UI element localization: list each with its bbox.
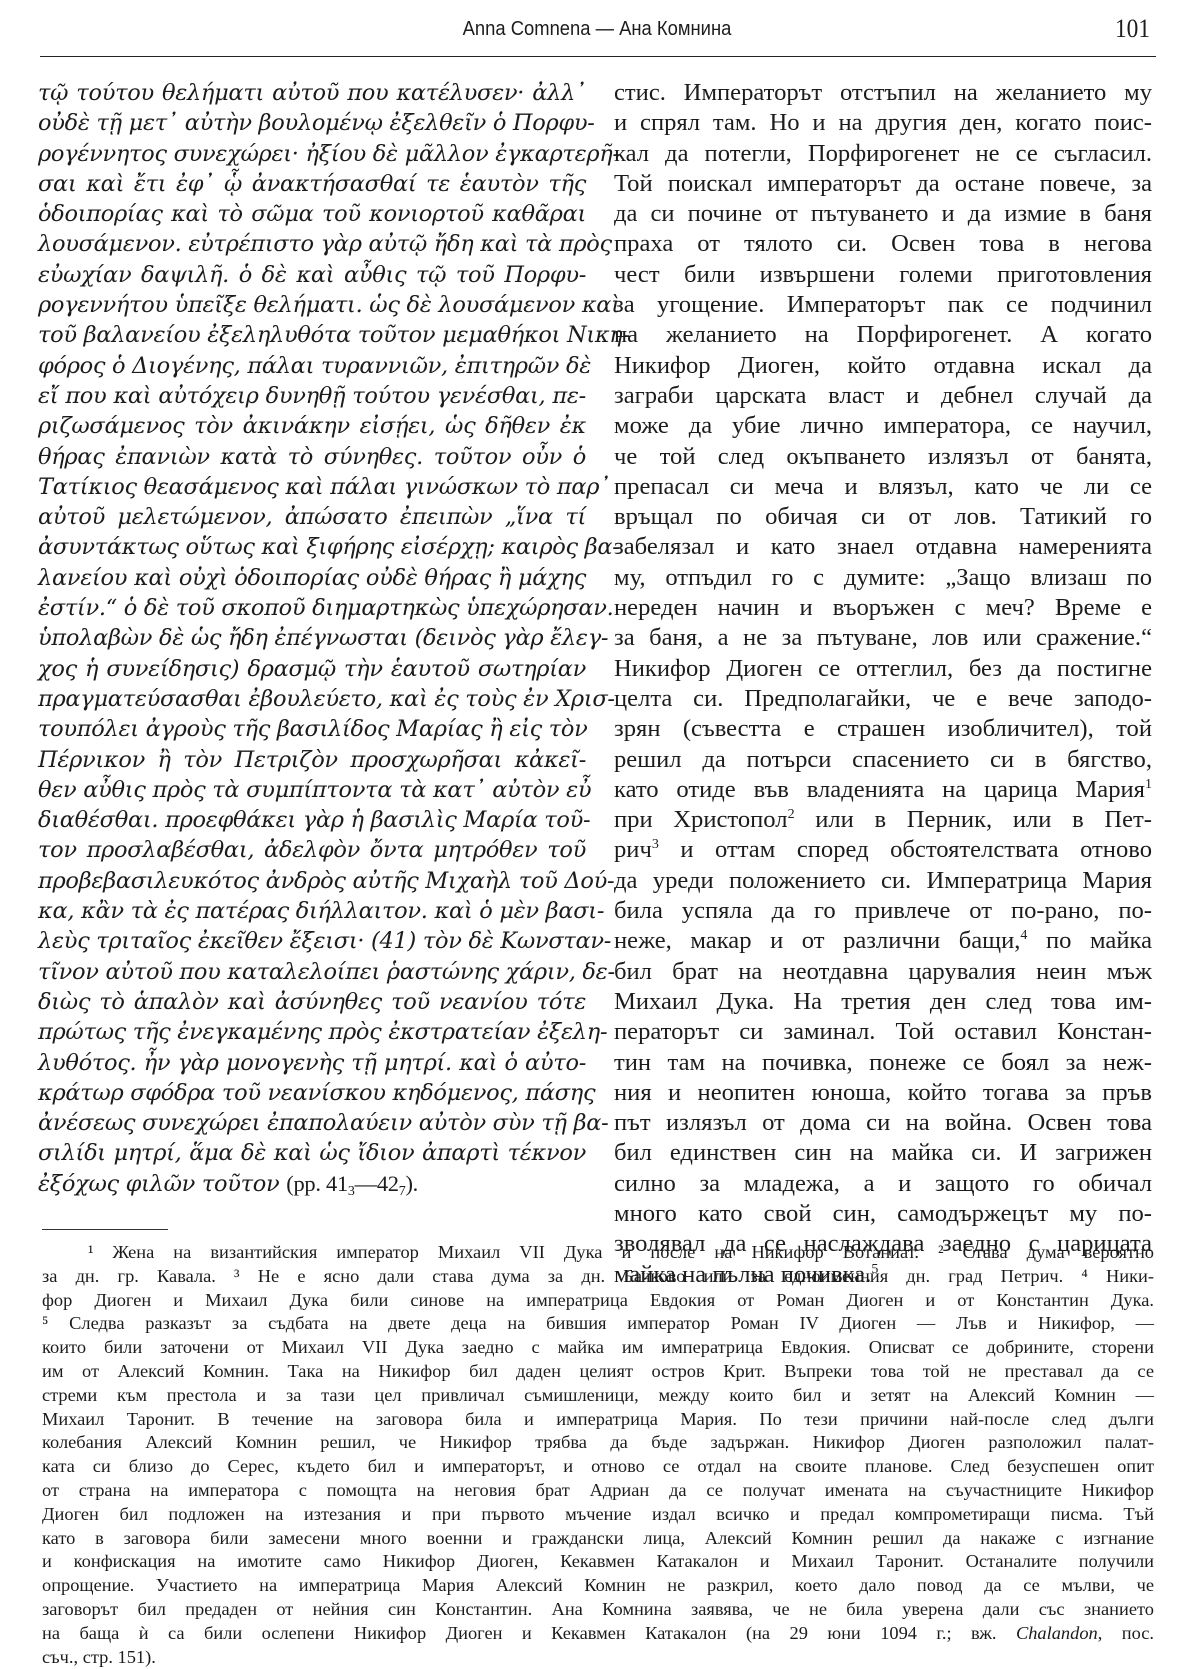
translation-line: Той поискал императорът да остане повече… [614,169,1152,199]
greek-text-line: ἐστίν.“ ὁ δὲ τοῦ σκοποῦ διημαρτηκὼς ὑπεχ… [38,593,586,623]
footnote-text: заговорът бил предаден от нейния син Кон… [42,1599,1154,1619]
footnote-line: стреми към престола и за тази цел привли… [42,1384,1154,1408]
footnote-text: за дн. гр. Кавала. ³ Не е ясно дали став… [42,1266,1154,1286]
translation-line: нереден начин и въоръжен с меч? Време е [614,593,1152,623]
greek-text-line: σιλίδι μητρί, ἅμα δὲ καὶ ὡς ἴδιον ἀπαρτὶ… [38,1138,586,1168]
greek-text-line: λουσάμενον. εὐτρέπιστο γὰρ αὐτῷ ἤδη καὶ … [38,229,586,259]
citation-suffix: ). [405,1171,418,1196]
translation-line: била успяла да го привлече от по-рано, п… [614,896,1152,926]
footnote-line: фор Диоген и Михаил Дука били синове на … [42,1289,1154,1313]
translation-line: ния и неопитен юноша, който тогава за пр… [614,1078,1152,1108]
footnote-line: заговорът бил предаден от нейния син Кон… [42,1598,1154,1622]
translation-line: за угощение. Императорът пак се подчинил [614,290,1152,320]
greek-text-line: ὁδοιπορίας καὶ τὸ σῶμα τοῦ κονιορτοῦ καθ… [38,199,586,229]
footnote-line: за дн. гр. Кавала. ³ Не е ясно дали став… [42,1265,1154,1289]
translation-line: бил брат на неотдавна царувалия неин мъж [614,957,1152,987]
greek-text-fragment: ἐξόχως φιλῶν τοῦτον [38,1171,279,1197]
footnote-line: на баща ѝ са били ослепени Никифор Диоге… [42,1622,1154,1646]
translation-line: зрян (съвестта е страшен изобличител), т… [614,714,1152,744]
footnote-text: ⁵ Следва разказът за съдбата на двете де… [42,1313,1154,1333]
greek-text-line: αὐτοῦ μελετώμενον, ἀπώσατο ἐπειπὼν „ἵνα … [38,502,586,532]
translation-fragment: неже, макар и от различни бащи, [614,927,1020,954]
translation-line: връщал по обичая си от лов. Татикий го [614,502,1152,532]
footnote-ref-3: 3 [652,837,659,852]
translation-line: стис. Императорът отстъпил на желанието … [614,78,1152,108]
citation-end-page: 42 [377,1171,399,1196]
greek-text-line: Τατίκιος θεασάμενος καὶ πάλαι γινώσκων τ… [38,472,586,502]
footnote-line: ⁵ Следва разказът за съдбата на двете де… [42,1312,1154,1336]
translation-fragment: или в Перник, или в Пет- [795,806,1152,833]
translation-line: при Христопол2 или в Перник, или в Пет- [614,805,1152,835]
translation-line: решил да потърси спасението си в бягство… [614,745,1152,775]
greek-text-line: σαι καὶ ἔτι ἐφ᾽ ᾧ ἀνακτήσασθαί τε ἑαυτὸν… [38,169,586,199]
greek-text-line: ἀνέσεως συνεχώρει ἐπαπολαύειν αὐτὸν σὺν … [38,1108,586,1138]
translation-line: че той след окъпването излязъл от банята… [614,442,1152,472]
footnote-text: колебания Алексий Комнин решил, че Никиф… [42,1432,1154,1452]
greek-text-line: πραγματεύσασθαι ἐβουλεύετο, καὶ ἐς τοὺς … [38,684,586,714]
translation-line: забелязал и като знаел отдавна намерения… [614,532,1152,562]
translation-line: да си почине от пътуването и да измие в … [614,199,1152,229]
footnote-ref-1: 1 [1145,777,1152,792]
greek-text-line: προβεβασιλευκότος ἀνδρὸς αὐτῆς Μιχαὴλ το… [38,866,586,896]
translation-line: целта си. Предполагайки, че е вече запод… [614,684,1152,714]
greek-text-column: τῷ τούτου θελήματι αὐτοῦ που κατέλυσεν· … [38,78,586,1199]
greek-text-line: ρογέννητος συνεχώρει· ἠξίου δὲ μᾶλλον ἐγ… [38,139,586,169]
translation-line: чест били извършени големи приготовления [614,260,1152,290]
greek-text-line: διαθέσθαι. προεφθάκει γὰρ ἡ βασιλὶς Μαρί… [38,805,586,835]
translation-fragment: като отиде във владенията на царица Мари… [614,776,1145,803]
translation-line: препасал си меча и влязъл, като че ли се [614,472,1152,502]
footnote-line: от страна на императора с помощта на нег… [42,1479,1154,1503]
footnote-text: стреми към престола и за тази цел привли… [42,1385,1154,1405]
citation-start-page: 41 [326,1171,348,1196]
greek-text-line: Πέρνικον ἢ τὸν Πετριζὸν προσχωρῆσαι κἀκε… [38,745,586,775]
translation-line: Михаил Дука. На третия ден след това им- [614,987,1152,1017]
translation-line: бил единствен син на майка си. И загриже… [614,1138,1152,1168]
greek-text-line: εὐωχίαν δαψιλῆ. ὁ δὲ καὶ αὖθις τῷ τοῦ Πο… [38,260,586,290]
footnotes: ¹ Жена на византийския император Михаил … [42,1241,1154,1669]
footnote-line: Диоген бил подложен на изтезания и при п… [42,1503,1154,1527]
footnote-text: им от Алексий Комнин. Така на Никифор би… [42,1361,1154,1381]
footnote-text: на баща ѝ са били ослепени Никифор Диоге… [42,1623,997,1643]
greek-text-line: θήρας ἐπανιὼν κατὰ τὸ σύνηθες. τοῦτον οὖ… [38,442,586,472]
translation-line: ператорът си заминал. Той оставил Конста… [614,1017,1152,1047]
greek-text-line: θεν αὖθις πρὸς τὰ συμπίπτοντα τὰ κατ᾽ αὐ… [38,775,586,805]
footnote-text: от страна на императора с помощта на нег… [42,1480,1154,1500]
citation-prefix: (pp. [286,1171,326,1196]
footnote-text: фор Диоген и Михаил Дука били синове на … [42,1290,1154,1310]
translation-line: като отиде във владенията на царица Мари… [614,775,1152,805]
footnote-line: които били заточени от Михаил VII Дука з… [42,1336,1154,1360]
footnote-line: ¹ Жена на византийския император Михаил … [42,1241,1154,1265]
citation-dash: — [355,1171,377,1196]
translation-line: Никифор Диоген се оттеглил, без да пости… [614,654,1152,684]
footnote-text: които били заточени от Михаил VII Дука з… [42,1337,1154,1357]
greek-text-line: φόρος ὁ Διογένης, πάλαι τυραννιῶν, ἐπιτη… [38,351,586,381]
footnote-line: ката си близо до Серес, където бил и имп… [42,1455,1154,1479]
translation-line: и спрял там. Но и на другия ден, когато … [614,108,1152,138]
translation-fragment: рич [614,836,652,863]
greek-text-line: λεὺς τριταῖος ἐκεῖθεν ἔξεισι· (41) τὸν δ… [38,926,586,956]
source-citation: (pp. 413—427). [286,1171,418,1196]
translation-fragment: по майка [1027,927,1152,954]
header-rule [40,56,1156,57]
footnote-line: съч., стр. 151). [42,1646,1154,1669]
translation-line: Никифор Диоген, който отдавна искал да [614,351,1152,381]
greek-text-line: ὑπολαβὼν δὲ ὡς ἤδη ἐπέγνωσται (δεινὸς γὰ… [38,623,586,653]
greek-text-line: κα, κἂν τὰ ἐς πατέρας διήλλαιτον. καὶ ὁ … [38,896,586,926]
footnote-text: , пос. [1098,1623,1154,1643]
translation-line: може да убие лично императора, се научил… [614,411,1152,441]
footnote-line: опрощение. Участието на императрица Мари… [42,1574,1154,1598]
greek-text-line: τῖνον αὐτοῦ που καταλελοίπει ῥαστώνης χά… [38,957,586,987]
footnote-text: като в заговора били замесени много воен… [42,1528,1154,1548]
footnote-line: като в заговора били замесени много воен… [42,1527,1154,1551]
translation-line: път излязъл от дома си на война. Освен т… [614,1108,1152,1138]
translation-fragment: и оттам според обстоятелствата отново [659,836,1152,863]
greek-text-line: ἀσυντάκτως οὕτως καὶ ξιφήρης εἰσέρχῃ; κα… [38,532,586,562]
greek-text-line: ἐξόχως φιλῶν τοῦτον (pp. 413—427). [38,1169,586,1199]
footnote-line: колебания Алексий Комнин решил, че Никиф… [42,1431,1154,1455]
translation-line: неже, макар и от различни бащи,4 по майк… [614,926,1152,956]
running-header: Anna Comnena — Ана Комнина 101 [38,14,1156,48]
footnote-text: Михаил Таронит. В течение на заговора би… [42,1409,1154,1429]
greek-text-line: τοῦ βαλανείου ἐξεληλυθότα τοῦτον μεμαθήκ… [38,320,586,350]
greek-text-line: τον προσλαβέσθαι, ἀδελφὸν ὄντα μητρόθεν … [38,835,586,865]
greek-text-line: διὼς τὸ ἁπαλὸν καὶ ἀσύνηθες τοῦ νεανίου … [38,987,586,1017]
footnote-text: ¹ Жена на византийския император Михаил … [88,1242,1154,1262]
greek-text-line: εἴ που καὶ αὐτόχειρ δυνηθῇ τούτου γενέσθ… [38,381,586,411]
translation-line: за баня, а не за пътуване, лов или сраже… [614,623,1152,653]
translation-line: тин там на почивка, понеже се боял за не… [614,1048,1152,1078]
running-title: Anna Comnena — Ана Комнина [83,18,1112,41]
translation-line: рич3 и оттам според обстоятелствата отно… [614,835,1152,865]
greek-text-line: ρογεννήτου ὑπεῖξε θελήματι. ὡς δὲ λουσάμ… [38,290,586,320]
translation-line: да уреди положението си. Императрица Мар… [614,866,1152,896]
footnote-text: опрощение. Участието на императрица Мари… [42,1575,1154,1595]
footnote-separator [42,1229,168,1230]
greek-text-line: λανείου καὶ οὐχὶ ὁδοιπορίας οὐδὲ θήρας ἢ… [38,563,586,593]
bulgarian-translation-column: стис. Императорът отстъпил на желанието … [614,78,1152,1290]
translation-line: кал да потегли, Порфирогенет не се съгла… [614,139,1152,169]
translation-line: праха от тялото си. Освен това в негова [614,229,1152,259]
footnote-line: им от Алексий Комнин. Така на Никифор би… [42,1360,1154,1384]
translation-line: заграби царската власт и дебнел случай д… [614,381,1152,411]
footnote-text: ката си близо до Серес, където бил и имп… [42,1456,1154,1476]
greek-text-line: πρώτως τῆς ἐνεγκαμένης πρὸς ἐκστρατείαν … [38,1017,586,1047]
footnote-text: Диоген бил подложен на изтезания и при п… [42,1504,1154,1524]
greek-text-line: τῷ τούτου θελήματι αὐτοῦ που κατέλυσεν· … [38,78,586,108]
footnote-ref-2: 2 [788,807,795,822]
footnote-line: Михаил Таронит. В течение на заговора би… [42,1408,1154,1432]
greek-text-line: ριζωσάμενος τὸν ἀκινάκην εἰσῄει, ὡς δῆθε… [38,411,586,441]
citation-start-line: 3 [348,1184,355,1199]
translation-line: на желанието на Порфирогенет. А когато [614,320,1152,350]
greek-text-line: κράτωρ σφόδρα τοῦ νεανίσκου κηδόμενος, π… [38,1078,586,1108]
greek-text-line: λυθότος. ἦν γὰρ μονογενὴς τῇ μητρί. καὶ … [38,1048,586,1078]
greek-text-line: τουπόλει ἀγροὺς τῆς βασιλίδος Μαρίας ἢ ε… [38,714,586,744]
page-number: 101 [1115,14,1150,44]
translation-line: му, отпъдил го с думите: „Защо влизаш по [614,563,1152,593]
greek-text-line: οὐδὲ τῇ μετ᾽ αὐτὴν βουλομένῳ ἐξελθεῖν ὁ … [38,108,586,138]
translation-line: много като свой син, самодържецът му по- [614,1199,1152,1229]
cited-author: Chalandon [1016,1623,1098,1643]
translation-fragment: при Христопол [614,806,788,833]
translation-line: силно за младежа, а и защото го обичал [614,1169,1152,1199]
greek-text-line: χος ἡ συνείδησις) δρασμῷ τὴν ἑαυτοῦ σωτη… [38,654,586,684]
footnote-line: и конфискация на имотите само Никифор Ди… [42,1550,1154,1574]
footnote-text: и конфискация на имотите само Никифор Ди… [42,1551,1154,1571]
